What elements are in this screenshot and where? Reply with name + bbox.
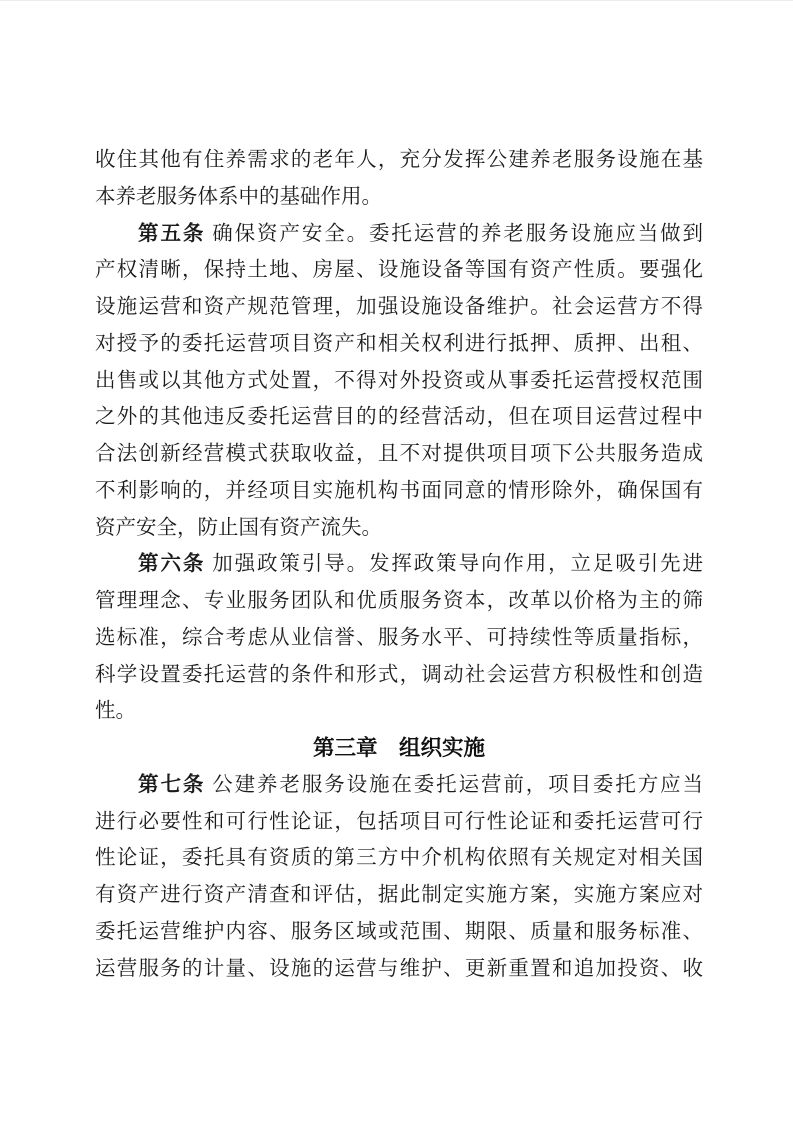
text-line: 运营服务的计量、设施的运营与维护、更新重置和追加投资、收 — [95, 951, 703, 988]
text-segment: 进行必要性和可行性论证，包括项目可行性论证和委托运营可行 — [95, 811, 703, 833]
document-content: 收住其他有住养需求的老年人，充分发挥公建养老服务设施在基本养老服务体系中的基础作… — [95, 142, 703, 987]
text-line: 合法创新经营模式获取收益，且不对提供项目项下公共服务造成 — [95, 436, 703, 473]
text-line: 性。 — [95, 693, 703, 730]
text-line: 对授予的委托运营项目资产和相关权利进行抵押、质押、出租、 — [95, 326, 703, 363]
text-line: 进行必要性和可行性论证，包括项目可行性论证和委托运营可行 — [95, 804, 703, 841]
page-top-edge — [0, 0, 793, 1]
text-line: 第五条 确保资产安全。委托运营的养老服务设施应当做到 — [95, 216, 703, 253]
text-line: 设施运营和资产规范管理，加强设施设备维护。社会运营方不得 — [95, 289, 703, 326]
text-segment: 有资产进行资产清查和评估，据此制定实施方案，实施方案应对 — [95, 884, 703, 906]
text-segment: 管理理念、专业服务团队和优质服务资本，改革以价格为主的筛 — [95, 590, 703, 612]
article-number: 第五条 — [138, 223, 205, 245]
text-segment: 对授予的委托运营项目资产和相关权利进行抵押、质押、出租、 — [95, 333, 703, 355]
article-number: 第七条 — [138, 774, 205, 796]
text-segment: 性。 — [95, 700, 136, 722]
text-segment: 委托运营维护内容、服务区域或范围、期限、质量和服务标准、 — [95, 921, 703, 943]
text-line: 管理理念、专业服务团队和优质服务资本，改革以价格为主的筛 — [95, 583, 703, 620]
text-segment: 设施运营和资产规范管理，加强设施设备维护。社会运营方不得 — [95, 296, 703, 318]
text-segment: 加强政策引导。发挥政策导向作用，立足吸引先进 — [205, 553, 703, 575]
text-segment: 产权清晰，保持土地、房屋、设施设备等国有资产性质。要强化 — [95, 259, 703, 281]
text-line: 性论证，委托具有资质的第三方中介机构依照有关规定对相关国 — [95, 840, 703, 877]
article-number: 第六条 — [138, 553, 205, 575]
text-segment: 出售或以其他方式处置，不得对外投资或从事委托运营授权范围 — [95, 370, 703, 392]
text-line: 选标准，综合考虑从业信誉、服务水平、可持续性等质量指标， — [95, 620, 703, 657]
text-line: 收住其他有住养需求的老年人，充分发挥公建养老服务设施在基 — [95, 142, 703, 179]
text-line: 之外的其他违反委托运营目的的经营活动，但在项目运营过程中 — [95, 399, 703, 436]
text-segment: 本养老服务体系中的基础作用。 — [95, 186, 382, 208]
text-line: 第七条 公建养老服务设施在委托运营前，项目委托方应当 — [95, 767, 703, 804]
text-line: 资产安全，防止国有资产流失。 — [95, 510, 703, 547]
document-page: 收住其他有住养需求的老年人，充分发挥公建养老服务设施在基本养老服务体系中的基础作… — [0, 0, 793, 1122]
text-segment: 收住其他有住养需求的老年人，充分发挥公建养老服务设施在基 — [95, 149, 703, 171]
chapter-heading: 第三章 组织实施 — [95, 730, 703, 767]
text-line: 第六条 加强政策引导。发挥政策导向作用，立足吸引先进 — [95, 546, 703, 583]
text-line: 科学设置委托运营的条件和形式，调动社会运营方积极性和创造 — [95, 657, 703, 694]
text-line: 委托运营维护内容、服务区域或范围、期限、质量和服务标准、 — [95, 914, 703, 951]
text-segment: 确保资产安全。委托运营的养老服务设施应当做到 — [205, 223, 703, 245]
text-line: 有资产进行资产清查和评估，据此制定实施方案，实施方案应对 — [95, 877, 703, 914]
text-segment: 选标准，综合考虑从业信誉、服务水平、可持续性等质量指标， — [95, 627, 703, 649]
text-line: 产权清晰，保持土地、房屋、设施设备等国有资产性质。要强化 — [95, 252, 703, 289]
text-segment: 性论证，委托具有资质的第三方中介机构依照有关规定对相关国 — [95, 847, 703, 869]
text-line: 不利影响的，并经项目实施机构书面同意的情形除外，确保国有 — [95, 473, 703, 510]
text-segment: 合法创新经营模式获取收益，且不对提供项目项下公共服务造成 — [95, 443, 703, 465]
text-segment: 科学设置委托运营的条件和形式，调动社会运营方积极性和创造 — [95, 664, 703, 686]
text-segment: 之外的其他违反委托运营目的的经营活动，但在项目运营过程中 — [95, 406, 703, 428]
text-segment: 运营服务的计量、设施的运营与维护、更新重置和追加投资、收 — [95, 958, 703, 980]
text-line: 出售或以其他方式处置，不得对外投资或从事委托运营授权范围 — [95, 363, 703, 400]
text-segment: 公建养老服务设施在委托运营前，项目委托方应当 — [205, 774, 703, 796]
text-line: 本养老服务体系中的基础作用。 — [95, 179, 703, 216]
text-segment: 不利影响的，并经项目实施机构书面同意的情形除外，确保国有 — [95, 480, 703, 502]
text-segment: 资产安全，防止国有资产流失。 — [95, 517, 382, 539]
